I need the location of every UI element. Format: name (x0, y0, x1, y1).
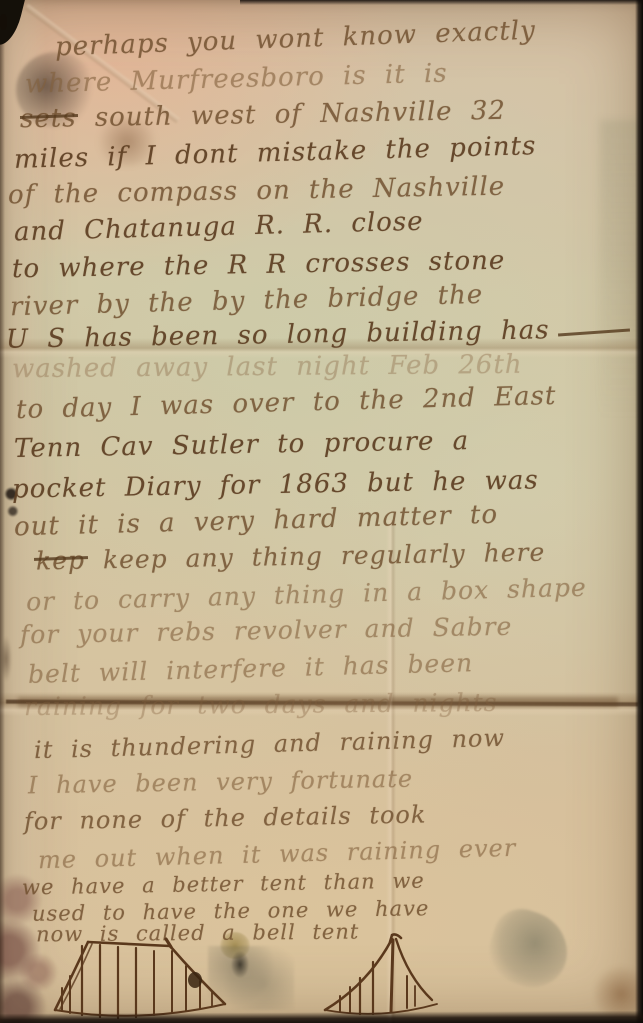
grey-smudge (480, 902, 577, 996)
letter-scan-page: perhaps you wont know exactly where Murf… (0, 0, 643, 1023)
letter-line: we have a better tent than we (22, 868, 425, 899)
wall-tent-sketch (44, 934, 234, 1023)
letter-line: Tenn Cav Sutler to procure a (14, 426, 470, 464)
letter-line: perhaps you wont know exactly (55, 16, 537, 63)
letter-line: pocket Diary for 1863 but he was (12, 465, 539, 504)
letter-line: to where the R R crosses stone (12, 246, 506, 285)
letter-line: raining for two days and nights (24, 688, 498, 721)
edge-blot-stain (0, 636, 12, 682)
scan-edge-right (635, 0, 643, 1023)
letter-line: to day I was over to the 2nd East (16, 381, 557, 425)
letter-line: me out when it was raining ever (38, 834, 517, 875)
scan-edge-left (0, 0, 5, 1023)
letter-line: and Chatanuga R. R. close (14, 207, 424, 248)
letter-line: or to carry any thing in a box shape (26, 573, 587, 617)
edge-mark (0, 14, 7, 30)
letter-line: for none of the details took (24, 800, 427, 835)
letter-line: it is thundering and raining now (34, 724, 506, 764)
letter-line: I have been very fortunate (28, 765, 413, 800)
letter-line: where Murfreesboro is it is (25, 58, 448, 99)
letter-line: belt will interfere it has been (28, 648, 474, 689)
letter-line: river by the by the bridge the (10, 280, 484, 322)
letter-line: miles if I dont mistake the points (14, 131, 537, 175)
right-edge-tint (600, 120, 643, 420)
letter-line: of the compass on the Nashville (8, 172, 506, 211)
letter-line: out it is a very hard matter to (14, 500, 499, 543)
scan-edge-top (240, 0, 643, 5)
letter-line: sets south west of Nashville 32 (20, 96, 506, 134)
bell-tent-sketch (316, 932, 442, 1023)
scan-corner-top-left (0, 0, 26, 48)
bottom-right-stain (594, 964, 643, 1023)
letter-line: for your rebs revolver and Sabre (20, 612, 513, 650)
letter-line: kep keep any thing regularly here (36, 538, 546, 576)
letter-line: washed away last night Feb 26th (12, 350, 523, 384)
strikethrough-mark (558, 328, 630, 336)
letter-line: U S has been so long building has (6, 315, 550, 354)
